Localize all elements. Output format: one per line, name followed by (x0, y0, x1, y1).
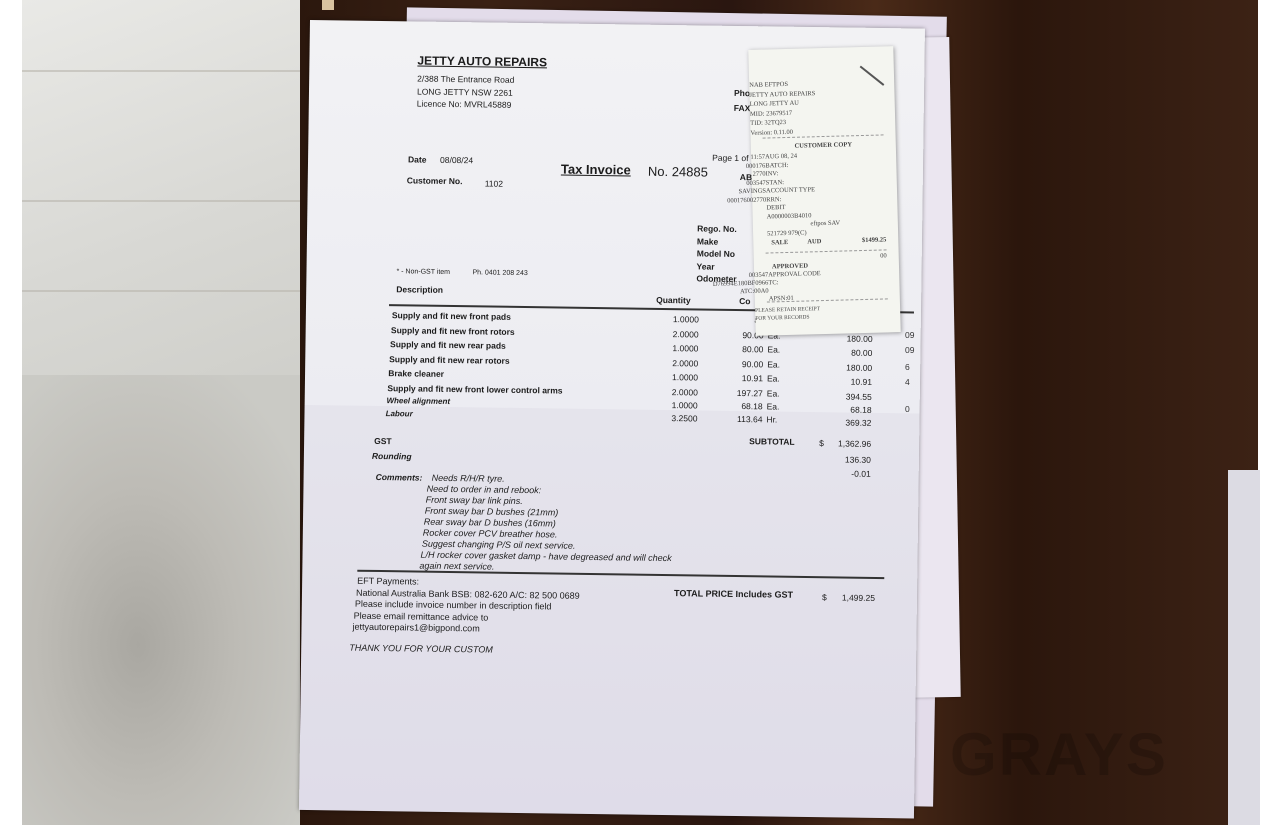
rounding-amount: -0.01 (824, 468, 871, 479)
fax-label: FAX (734, 103, 751, 113)
item-description: Supply and fit new front pads (392, 310, 511, 322)
column-description: Description (396, 284, 443, 295)
sale-currency: AUD (807, 238, 821, 245)
approval-value: 003547 (749, 272, 769, 280)
receipt-row-label: BATCH: (765, 161, 788, 169)
total-amount: 1,499.25 (827, 592, 875, 603)
item-total: 80.00 (825, 347, 872, 358)
underlying-total: 6 (905, 362, 910, 372)
item-total: 68.18 (825, 404, 872, 415)
payment-line: jettyautorepairs1@bigpond.com (352, 622, 479, 634)
comment-line: Front sway bar link pins. (426, 495, 523, 506)
item-unit: Ea. (767, 374, 780, 384)
comment-line: Needs R/H/R tyre. (432, 473, 505, 484)
item-quantity: 2.0000 (660, 387, 698, 398)
phone-label: Pho (734, 88, 750, 98)
invoice-date: 08/08/24 (440, 155, 473, 165)
comment-line: Suggest changing P/S oil next service. (422, 539, 576, 551)
vehicle-field-label: Rego. No. (697, 223, 737, 234)
image-border-right (1258, 0, 1280, 825)
company-address-1: 2/388 The Entrance Road (417, 74, 514, 85)
item-unit-cost: 80.00 (725, 344, 763, 355)
comments-label: Comments: (376, 472, 423, 483)
item-description: Brake cleaner (388, 369, 444, 380)
gst-amount: 136.30 (824, 454, 871, 465)
item-description: Supply and fit new rear rotors (389, 354, 510, 366)
item-quantity: 3.2500 (659, 413, 697, 424)
date-label: Date (408, 154, 427, 164)
receipt-row-label: RRN: (766, 196, 781, 203)
item-quantity: 1.0000 (661, 314, 699, 325)
page-number: Page 1 of (712, 153, 749, 164)
comment-line: Rocker cover PCV breather hose. (423, 528, 558, 540)
item-unit-cost: 68.18 (725, 401, 763, 412)
edge-paper (1228, 470, 1260, 825)
column-cost: Co (739, 296, 750, 306)
underlying-total: 4 (905, 377, 910, 387)
receipt-row-value: 11:57 (750, 154, 765, 161)
receipt-row-label: STAN: (766, 179, 784, 186)
approval-label: APPROVAL CODE (768, 270, 821, 278)
receipt-copy-label: CUSTOMER COPY (751, 140, 896, 151)
item-total: 369.32 (824, 417, 871, 428)
customer-no-label: Customer No. (407, 175, 463, 186)
payment-line: Please email remittance advice to (354, 610, 489, 622)
item-total: 180.00 (826, 333, 873, 344)
sale-amount: $1499.25 (862, 236, 887, 244)
item-description: Labour (386, 409, 413, 418)
item-total: 180.00 (825, 362, 872, 373)
item-description: Supply and fit new front lower control a… (387, 383, 562, 395)
item-unit-cost: 10.91 (725, 373, 763, 384)
receipt-row-value: 000176 (746, 162, 766, 170)
item-total: 10.91 (825, 377, 872, 388)
approval-value: D76994E180BF0966 (713, 280, 769, 288)
item-unit-cost: 197.27 (725, 388, 763, 399)
comment-line: Need to order in and rebook: (427, 484, 542, 496)
invoice-title: Tax Invoice (561, 162, 631, 178)
receipt-row-value: 2770 (752, 171, 765, 178)
image-border-left (0, 0, 22, 825)
item-quantity: 1.0000 (660, 343, 698, 354)
eftpos-receipt: NAB EFTPOSJETTY AUTO REPAIRSLONG JETTY A… (748, 46, 900, 336)
receipt-row-label: ACCOUNT TYPE (766, 186, 815, 194)
response-code: 00 (880, 252, 887, 259)
underlying-total: 0 (905, 404, 910, 414)
item-unit-cost: 90.00 (725, 359, 763, 370)
customer-phone: Ph. 0401 208 243 (472, 269, 527, 277)
wall-seam (22, 70, 312, 72)
approved-label: APPROVED (772, 262, 808, 270)
item-description: Supply and fit new front rotors (391, 325, 515, 337)
sale-label: SALE (771, 239, 788, 246)
company-licence: Licence No: MVRL45889 (417, 99, 512, 110)
item-quantity: 2.0000 (660, 358, 698, 369)
rounding-label: Rounding (372, 451, 412, 462)
watermark: GRAYS (950, 720, 1168, 789)
thank-you: THANK YOU FOR YOUR CUSTOM (349, 643, 493, 655)
comment-line: Front sway bar D bushes (21mm) (425, 506, 559, 518)
background-floor (22, 375, 312, 825)
customer-no: 1102 (485, 178, 503, 188)
item-unit: Ea. (767, 402, 780, 412)
gst-label: GST (374, 436, 392, 446)
pen-mark (860, 66, 885, 86)
card-number: 521729 979(C) (767, 229, 807, 237)
item-quantity: 2.0000 (661, 329, 699, 340)
column-quantity: Quantity (656, 295, 691, 305)
approval-value: ATC:00A0 (740, 287, 769, 295)
item-unit: Ea. (767, 359, 780, 369)
subtotal-amount: 1,362.96 (824, 438, 871, 449)
approval-label: TC: (768, 279, 778, 286)
receipt-row-label: AUG 08, 24 (765, 153, 797, 161)
background-wall (22, 0, 322, 380)
item-unit: Hr. (766, 415, 777, 425)
receipt-row-label: A0000003B4010 (767, 212, 812, 220)
company-address-2: LONG JETTY NSW 2261 (417, 87, 513, 98)
vehicle-field-label: Year (697, 261, 715, 271)
receipt-row-value: SAVINGS (739, 188, 767, 196)
item-quantity: 1.0000 (660, 372, 698, 383)
receipt-row-value: 000176002770 (727, 196, 766, 204)
item-unit: Ea. (767, 388, 780, 398)
wall-seam (22, 200, 312, 202)
vehicle-field-label: Make (697, 236, 718, 246)
tape (322, 0, 334, 10)
item-unit: Ea. (767, 345, 780, 355)
total-label: TOTAL PRICE Includes GST (674, 588, 793, 600)
vehicle-field-label: Model No (697, 248, 735, 259)
item-total: 394.55 (825, 391, 872, 402)
item-description: Supply and fit new rear pads (390, 339, 506, 351)
receipt-divider (766, 249, 887, 253)
non-gst-note: * - Non-GST item (396, 268, 450, 276)
company-name: JETTY AUTO REPAIRS (417, 54, 547, 70)
receipt-approved: APPROVED (768, 260, 887, 263)
item-unit-cost: 113.64 (724, 414, 762, 425)
subtotal-label: SUBTOTAL (749, 436, 795, 447)
underlying-total: 09 (905, 345, 914, 355)
comment-line: Rear sway bar D bushes (16mm) (424, 517, 556, 529)
underlying-total: 09 (905, 330, 914, 340)
invoice-number: No. 24885 (648, 164, 708, 180)
wall-seam (22, 290, 312, 292)
receipt-row-label: DEBIT (766, 204, 785, 211)
item-quantity: 1.0000 (660, 400, 698, 411)
item-description: Wheel alignment (386, 396, 450, 406)
receipt-row-label: INV: (765, 170, 778, 177)
receipt-row-value: 003547 (746, 179, 766, 187)
payment-line: EFT Payments: (357, 576, 419, 587)
